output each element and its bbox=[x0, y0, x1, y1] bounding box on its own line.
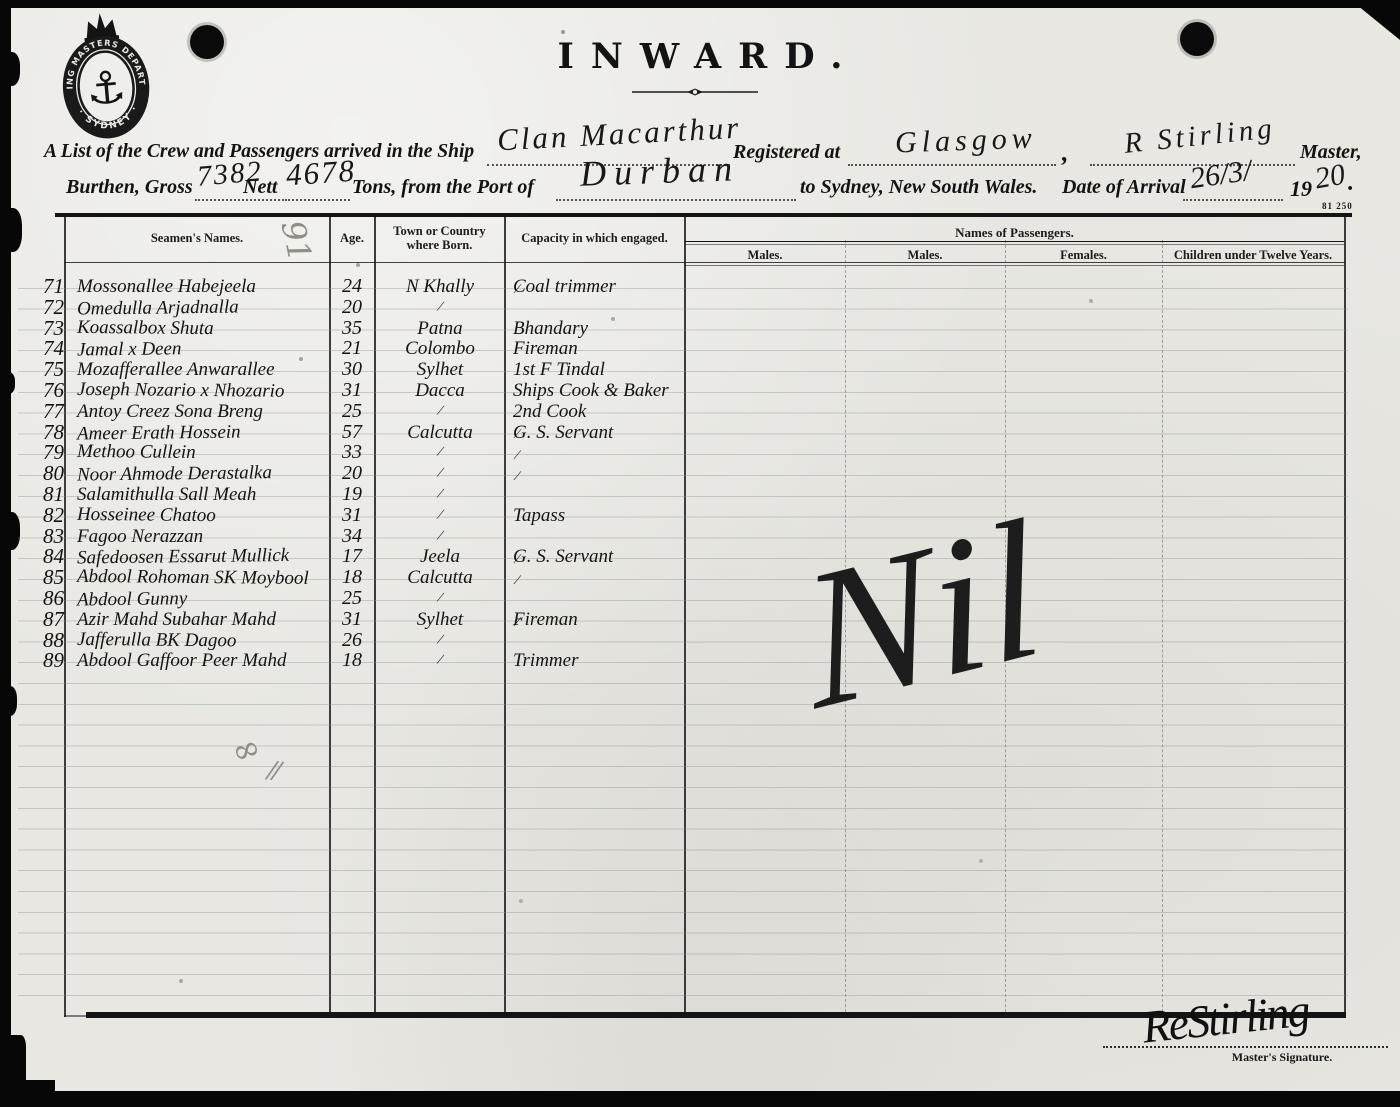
seaman-capacity: 2nd Cook bbox=[513, 401, 685, 422]
col-header-males-2: Males. bbox=[845, 248, 1005, 262]
scan-border-blemish bbox=[0, 208, 22, 252]
seaman-age: 20 bbox=[330, 463, 374, 484]
seaman-name: Azir Mahd Subahar Mahd bbox=[77, 609, 329, 630]
seaman-town: Colombo bbox=[377, 338, 503, 359]
row-number: 72 bbox=[20, 297, 64, 318]
row-number: 82 bbox=[20, 505, 64, 526]
seaman-age: 31 bbox=[330, 380, 374, 401]
seaman-name: Antoy Creez Sona Breng bbox=[77, 401, 329, 422]
seaman-age: 25 bbox=[330, 588, 374, 609]
port-value: Durban bbox=[579, 147, 740, 195]
row-number: 81 bbox=[20, 484, 64, 505]
nett-tons-value: 4678 bbox=[285, 153, 357, 194]
seaman-age: 33 bbox=[330, 442, 374, 463]
year-written-value: 20 bbox=[1312, 158, 1347, 197]
col-header-age: Age. bbox=[329, 231, 375, 245]
seaman-capacity: Bhandary bbox=[513, 318, 685, 339]
arrival-date-value: 26/3/ bbox=[1188, 154, 1254, 196]
destination-label: to Sydney, New South Wales. bbox=[800, 176, 1037, 199]
header-bottom-line2 bbox=[685, 265, 1344, 266]
seaman-capacity: Trimmer bbox=[513, 650, 685, 671]
seaman-age: 18 bbox=[330, 567, 374, 588]
scan-border-blemish bbox=[0, 686, 17, 716]
seaman-age: 24 bbox=[330, 276, 374, 297]
seaman-age: 20 bbox=[330, 297, 374, 318]
passengers-group-header: Names of Passengers. bbox=[685, 226, 1344, 240]
seaman-age: 17 bbox=[330, 546, 374, 567]
seaman-capacity: Tapass bbox=[513, 505, 685, 526]
form-number: 81 250 bbox=[1322, 201, 1353, 211]
seaman-age: 31 bbox=[330, 609, 374, 630]
seaman-age: 18 bbox=[330, 650, 374, 671]
row-number: 77 bbox=[20, 401, 64, 422]
paper-specks bbox=[0, 0, 2, 2]
registered-at-line bbox=[848, 158, 1056, 166]
seaman-name: Abdool Gunny bbox=[77, 586, 329, 610]
col-header-males-1: Males. bbox=[685, 248, 845, 262]
seaman-age: 25 bbox=[330, 401, 374, 422]
col-header-females: Females. bbox=[1005, 248, 1162, 262]
row-number: 76 bbox=[20, 380, 64, 401]
row-number: 87 bbox=[20, 609, 64, 630]
seaman-age: 30 bbox=[330, 359, 374, 380]
seaman-age: 19 bbox=[330, 484, 374, 505]
burthen-gross-label: Burthen, Gross bbox=[66, 176, 193, 199]
nett-label: Nett bbox=[243, 176, 277, 199]
arrival-label: Date of Arrival bbox=[1062, 176, 1186, 199]
passengers-title-underline2 bbox=[685, 244, 1344, 245]
seaman-age: 34 bbox=[330, 526, 374, 547]
seaman-name: Jafferulla BK Dagoo bbox=[77, 628, 329, 651]
master-name-value: R Stirling bbox=[1123, 112, 1278, 161]
page-title: INWARD. bbox=[0, 36, 1400, 77]
seaman-name: Abdool Rohoman SK Moybool bbox=[77, 566, 329, 589]
table-top-border bbox=[55, 213, 1352, 217]
scan-border-bottom-left bbox=[0, 1080, 55, 1107]
seaman-name: Mozafferallee Anwarallee bbox=[77, 359, 329, 380]
registered-at-value: Glasgow bbox=[894, 122, 1037, 161]
col-header-town-line1: Town or Country bbox=[374, 224, 505, 238]
title-ornament bbox=[630, 86, 760, 98]
seaman-town: Patna bbox=[377, 318, 503, 339]
seaman-name: Noor Ahmode Derastalka bbox=[77, 462, 329, 486]
seaman-name: Abdool Gaffoor Peer Mahd bbox=[77, 650, 329, 671]
table-row: 74Jamal x Deen21ColomboFireman bbox=[0, 338, 1400, 359]
registered-at-label: Registered at bbox=[733, 141, 840, 164]
year-printed-label: 19 bbox=[1290, 176, 1312, 202]
scan-border-bottom bbox=[0, 1091, 1400, 1107]
seaman-name: Hosseinee Chatoo bbox=[77, 504, 329, 527]
seaman-name: Omedulla Arjadnalla bbox=[77, 295, 329, 319]
seaman-name: Jamal x Deen bbox=[77, 337, 329, 361]
col-header-children: Children under Twelve Years. bbox=[1162, 248, 1344, 262]
header-bottom-line bbox=[64, 262, 1345, 263]
table-row: 71Mossonallee Habejeela24N KhallyCoal tr… bbox=[0, 276, 1400, 297]
seaman-name: Fagoo Nerazzan bbox=[77, 526, 329, 547]
seaman-age: 31 bbox=[330, 505, 374, 526]
seaman-capacity: Fireman bbox=[513, 338, 685, 359]
seaman-name: Mossonallee Habejeela bbox=[77, 276, 329, 297]
table-bottom-remnant bbox=[64, 1015, 86, 1017]
seaman-capacity: Ships Cook & Baker bbox=[513, 380, 685, 401]
seaman-capacity: 1st F Tindal bbox=[513, 359, 685, 380]
period-label: . bbox=[1348, 170, 1354, 197]
seaman-age: 26 bbox=[330, 630, 374, 651]
seaman-age: 57 bbox=[330, 422, 374, 443]
seaman-age: 21 bbox=[330, 338, 374, 359]
col-header-town-line2: where Born. bbox=[374, 238, 505, 252]
seaman-name: Joseph Nozario x Nhozario bbox=[77, 379, 329, 402]
row-number: 86 bbox=[20, 588, 64, 609]
seaman-name: Salamithulla Sall Meah bbox=[77, 484, 329, 505]
scan-border-top bbox=[0, 0, 1400, 8]
passengers-title-underline bbox=[685, 241, 1344, 242]
pencil-mark-header: 91 bbox=[274, 217, 320, 265]
comma-label: , bbox=[1062, 138, 1069, 168]
seaman-town: Jeela bbox=[377, 546, 503, 567]
col-header-capacity: Capacity in which engaged. bbox=[504, 231, 685, 245]
nett-tons-line bbox=[288, 193, 350, 201]
signature-caption: Master's Signature. bbox=[1222, 1050, 1342, 1065]
seaman-town: Sylhet bbox=[377, 359, 503, 380]
table-row: 72Omedulla Arjadnalla20// bbox=[0, 297, 1400, 318]
row-number: 89 bbox=[20, 650, 64, 671]
seaman-age: 35 bbox=[330, 318, 374, 339]
row-number: 71 bbox=[20, 276, 64, 297]
table-row: 73Koassalbox Shuta35PatnaBhandary bbox=[0, 318, 1400, 339]
tons-port-label: Tons, from the Port of bbox=[352, 176, 534, 199]
scanned-crew-list-document: SHIPPING MASTERS DEPARTMENT · SYDNEY · ⚓… bbox=[0, 0, 1400, 1107]
signature-dotted-line bbox=[1103, 1040, 1388, 1048]
